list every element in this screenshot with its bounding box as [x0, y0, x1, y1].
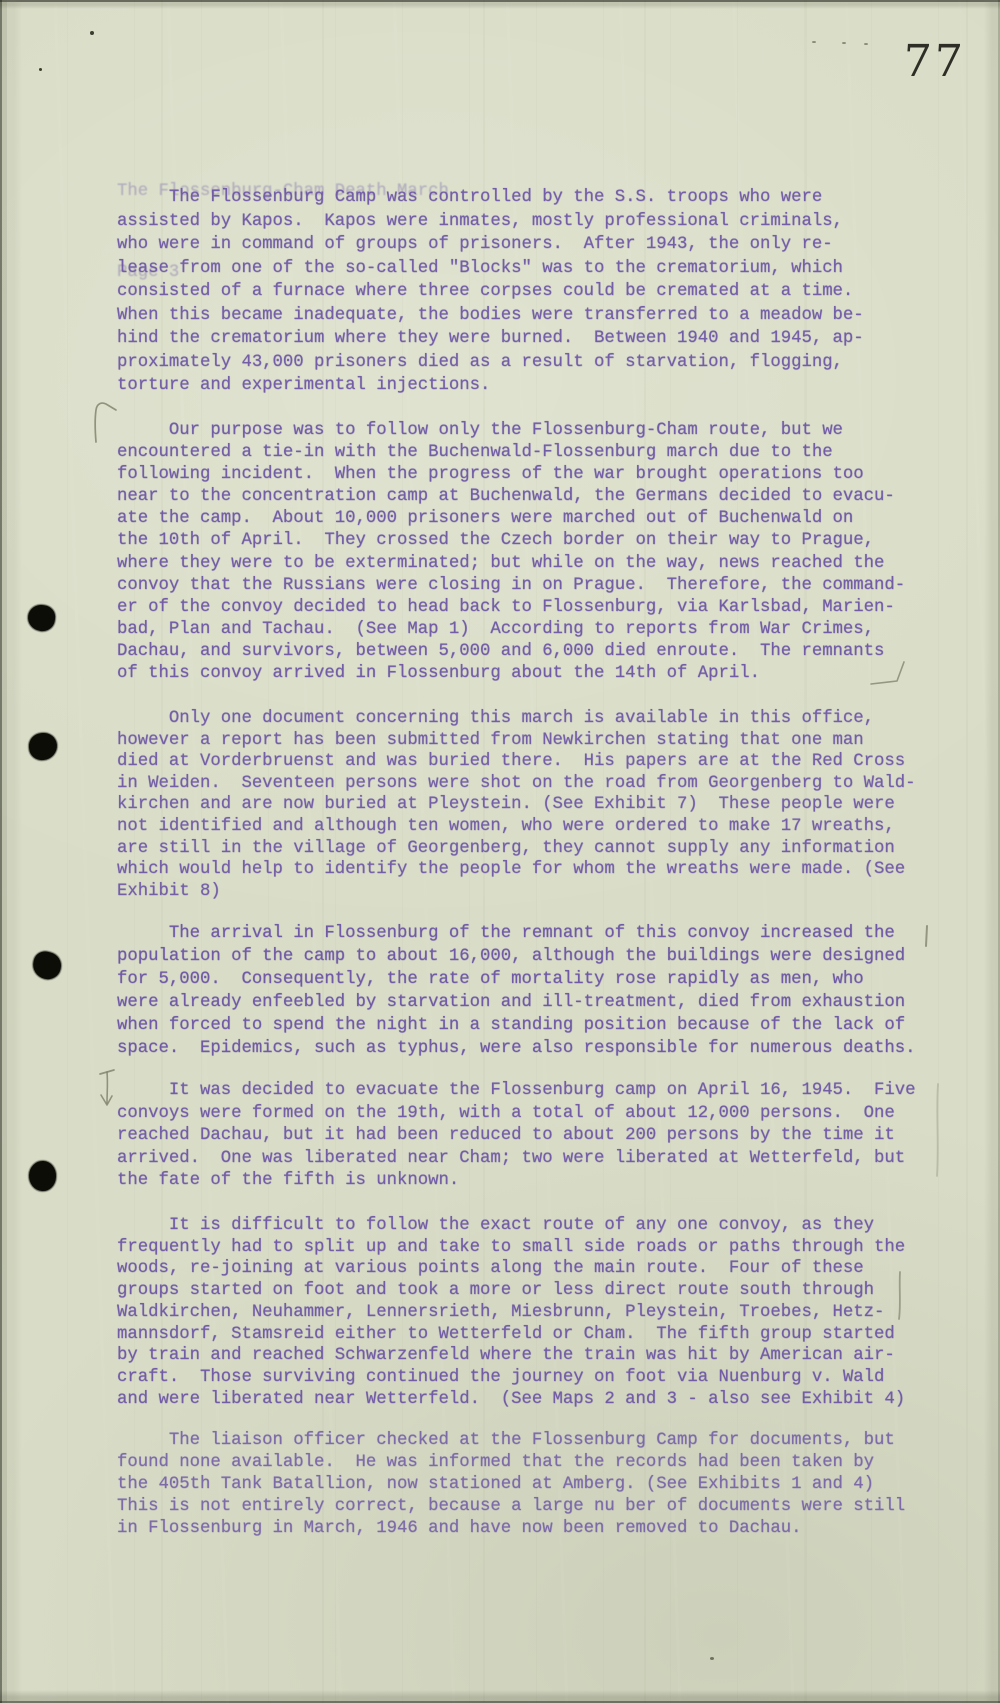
typed-paragraph-2: Our purpose was to follow only the Floss…: [117, 420, 905, 685]
typed-line: in Flossenburg in March, 1946 and have n…: [117, 1518, 905, 1540]
typed-line: The Flossenburg Camp was controlled by t…: [117, 186, 864, 210]
typed-line: This is not entirely correct, because a …: [117, 1496, 905, 1518]
typed-line: found none available. He was informed th…: [117, 1452, 905, 1474]
pencil-paragraph-hook-mark: [92, 400, 120, 444]
typed-paragraph-3: Only one document concerning this march …: [117, 708, 916, 902]
typed-line: lease from one of the so-called "Blocks"…: [117, 257, 864, 281]
pencil-corner-check-mark: [866, 655, 908, 689]
typed-line: in Weiden. Seventeen persons were shot o…: [117, 773, 916, 795]
typed-line: the fate of the fifth is unknown.: [117, 1170, 916, 1193]
typed-line: where they were to be exterminated; but …: [117, 553, 905, 575]
typed-line: were already enfeebled by starvation and…: [117, 992, 916, 1015]
handwritten-page-number: 77: [901, 40, 966, 84]
hole-punch: [26, 603, 56, 633]
typed-line: Our purpose was to follow only the Floss…: [117, 420, 905, 442]
typed-line: are still in the village of Georgenberg,…: [117, 838, 916, 860]
typed-line: proximately 43,000 prisoners died as a r…: [117, 351, 864, 375]
typed-line: population of the camp to about 16,000, …: [117, 946, 916, 969]
typed-line: It is difficult to follow the exact rout…: [117, 1215, 905, 1237]
typed-line: craft. Those surviving continued the jou…: [117, 1367, 905, 1389]
typed-line: who were in command of groups of prisone…: [117, 233, 864, 257]
typed-line: consisted of a furnace where three corps…: [117, 280, 864, 304]
typed-line: and were liberated near Wetterfeld. (See…: [117, 1389, 905, 1411]
typed-line: Waldkirchen, Neuhammer, Lennersrieth, Mi…: [117, 1302, 905, 1324]
pencil-down-arrow-mark: [97, 1066, 119, 1112]
typed-line: bad, Plan and Tachau. (See Map 1) Accord…: [117, 619, 905, 641]
typed-paragraph-1: The Flossenburg Camp was controlled by t…: [117, 186, 864, 398]
pencil-margin-tick-lower: [895, 1270, 905, 1322]
typed-line: assisted by Kapos. Kapos were inmates, m…: [117, 210, 864, 234]
typed-line: When this became inadequate, the bodies …: [117, 304, 864, 328]
typed-line: space. Epidemics, such as typhus, were a…: [117, 1038, 916, 1061]
typed-line: when forced to spend the night in a stan…: [117, 1015, 916, 1038]
typed-line: kirchen and are now buried at Pleystein.…: [117, 794, 916, 816]
typed-paragraph-6: It is difficult to follow the exact rout…: [117, 1215, 905, 1410]
typed-line: not identified and although ten women, w…: [117, 816, 916, 838]
hole-punch: [28, 1160, 57, 1191]
typed-line: It was decided to evacuate the Flossenbu…: [117, 1080, 916, 1103]
typed-paragraph-7: The liaison officer checked at the Floss…: [117, 1430, 905, 1540]
typed-paragraph-5: It was decided to evacuate the Flossenbu…: [117, 1080, 916, 1193]
typed-line: for 5,000. Consequently, the rate of mor…: [117, 969, 916, 992]
typed-line: woods, re-joining at various points alon…: [117, 1258, 905, 1280]
typed-line: Dachau, and survivors, between 5,000 and…: [117, 641, 905, 663]
typed-line: however a report has been submitted from…: [117, 730, 916, 752]
typed-line: torture and experimental injections.: [117, 374, 864, 398]
typed-line: The liaison officer checked at the Floss…: [117, 1430, 905, 1452]
typed-line: of this convoy arrived in Flossenburg ab…: [117, 663, 905, 685]
paper-speck: [812, 41, 816, 43]
typed-line: convoys were formed on the 19th, with a …: [117, 1103, 916, 1126]
pencil-margin-streak: [934, 1082, 942, 1178]
typed-line: frequently had to split up and take to s…: [117, 1237, 905, 1259]
typed-line: following incident. When the progress of…: [117, 464, 905, 486]
paper-speck: [39, 68, 42, 71]
typed-line: Only one document concerning this march …: [117, 708, 916, 730]
scanned-document-page: 77 The Flossenburg-Cham Death March Page…: [0, 0, 1000, 1703]
typed-line: hind the crematorium where they were bur…: [117, 327, 864, 351]
hole-punch: [30, 949, 64, 982]
typed-line: groups started on foot and took a more o…: [117, 1280, 905, 1302]
hole-punch: [28, 732, 58, 761]
typed-paragraph-4: The arrival in Flossenburg of the remnan…: [117, 923, 916, 1060]
typed-line: mannsdorf, Stamsreid either to Wetterfel…: [117, 1324, 905, 1346]
typed-line: convoy that the Russians were closing in…: [117, 575, 905, 597]
pencil-margin-tick-upper: [923, 924, 931, 948]
typed-line: the 10th of April. They crossed the Czec…: [117, 530, 905, 552]
paper-speck: [842, 42, 846, 44]
paper-speck: [864, 43, 868, 45]
typed-line: which would help to identify the people …: [117, 859, 916, 881]
typed-line: ate the camp. About 10,000 prisoners wer…: [117, 508, 905, 530]
typed-line: near to the concentration camp at Buchen…: [117, 486, 905, 508]
typed-line: The arrival in Flossenburg of the remnan…: [117, 923, 916, 946]
paper-speck: [90, 31, 94, 35]
typed-line: by train and reached Schwarzenfeld where…: [117, 1345, 905, 1367]
typed-line: died at Vorderbruenst and was buried the…: [117, 751, 916, 773]
typed-line: Exhibit 8): [117, 881, 916, 903]
typed-line: arrived. One was liberated near Cham; tw…: [117, 1148, 916, 1171]
typed-line: er of the convoy decided to head back to…: [117, 597, 905, 619]
typed-line: the 405th Tank Batallion, now stationed …: [117, 1474, 905, 1496]
paper-speck: [710, 1657, 714, 1660]
typed-line: reached Dachau, but it had been reduced …: [117, 1125, 916, 1148]
typed-line: encountered a tie-in with the Buchenwald…: [117, 442, 905, 464]
